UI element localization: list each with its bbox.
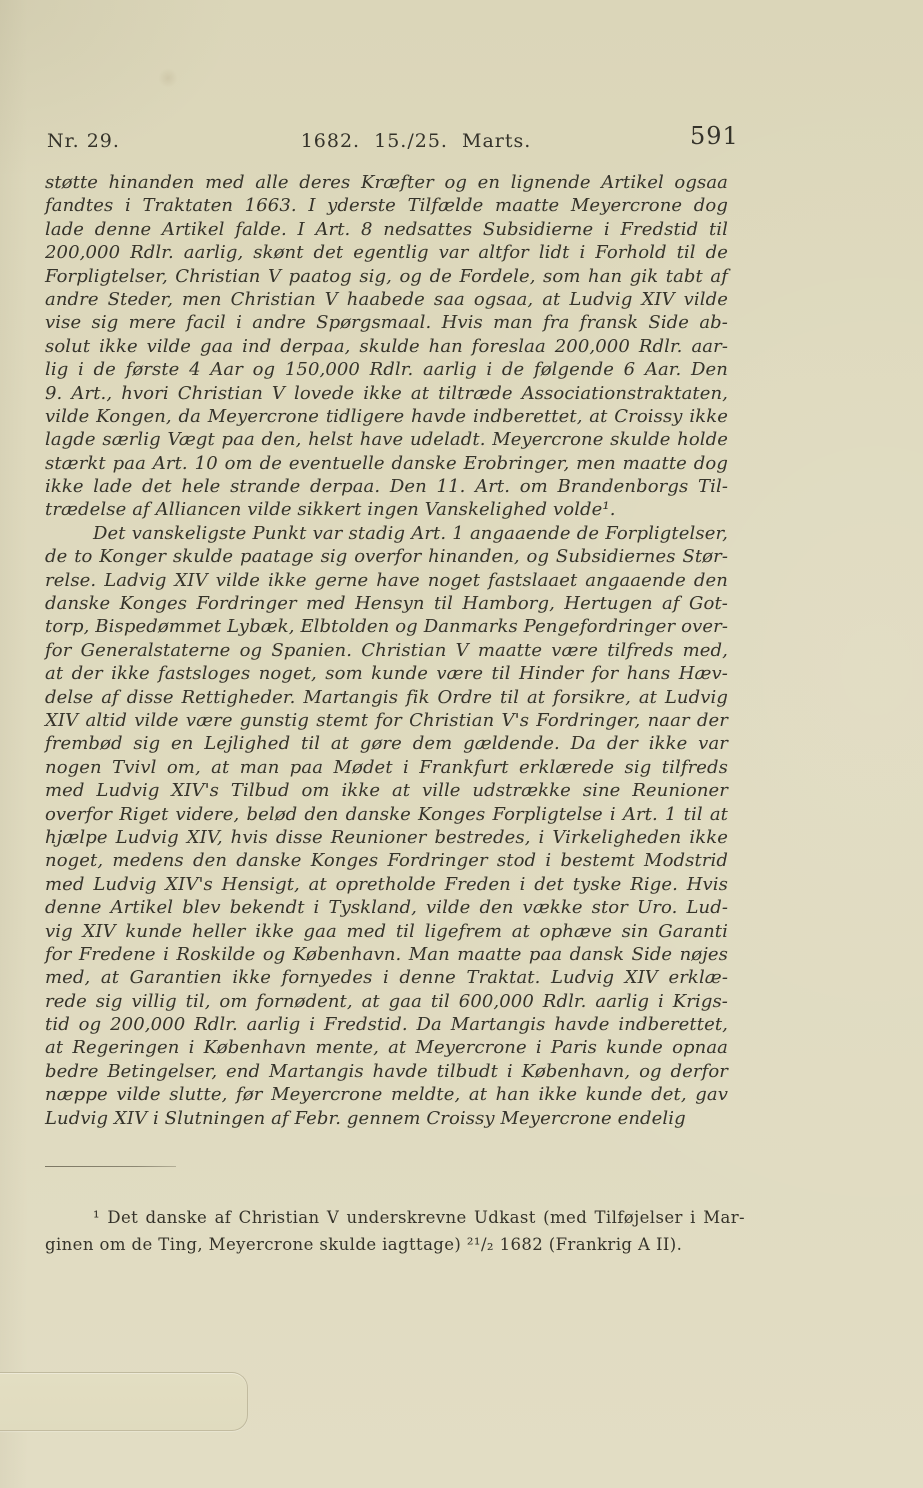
- footnote-line: ¹ Det danske af Christian V underskrevne…: [45, 1205, 745, 1232]
- text-line: andre Steder, men Christian V haabede sa…: [45, 288, 728, 311]
- text-line: at Regeringen i København mente, at Meye…: [45, 1036, 728, 1059]
- text-line: relse. Ladvig XIV vilde ikke gerne have …: [45, 569, 728, 592]
- text-line: at der ikke fastsloges noget, som kunde …: [45, 662, 728, 685]
- text-line: 200,000 Rdlr. aarlig, skønt det egentlig…: [45, 241, 728, 264]
- text-line: 9. Art., hvori Christian V lovede ikke a…: [45, 382, 728, 405]
- text-line: rede sig villig til, om fornødent, at ga…: [45, 990, 728, 1013]
- page-number: 591: [690, 122, 732, 150]
- text-line: de to Konger skulde paatage sig overfor …: [45, 545, 728, 568]
- footnote: ¹ Det danske af Christian V underskrevne…: [45, 1205, 745, 1258]
- text-line: frembød sig en Lejlighed til at gøre dem…: [45, 732, 728, 755]
- footnote-line: ginen om de Ting, Meyercrone skulde iagt…: [45, 1232, 745, 1259]
- text-line: bedre Betingelser, end Martangis havde t…: [45, 1060, 728, 1083]
- text-line: næppe vilde slutte, før Meyercrone meldt…: [45, 1083, 728, 1106]
- text-line: for Generalstaterne og Spanien. Christia…: [45, 639, 728, 662]
- text-line: torp, Bispedømmet Lybæk, Elbtolden og Da…: [45, 615, 728, 638]
- text-line: tid og 200,000 Rdlr. aarlig i Fredstid. …: [45, 1013, 728, 1036]
- text-line: med, at Garantien ikke fornyedes i denne…: [45, 966, 728, 989]
- text-line: vise sig mere facil i andre Spørgsmaal. …: [45, 311, 728, 334]
- text-line: vig XIV kunde heller ikke gaa med til li…: [45, 920, 728, 943]
- text-line: Forpligtelser, Christian V paatog sig, o…: [45, 265, 728, 288]
- text-line: lade denne Artikel falde. I Art. 8 nedsa…: [45, 218, 728, 241]
- text-line: danske Konges Fordringer med Hensyn til …: [45, 592, 728, 615]
- text-line: hjælpe Ludvig XIV, hvis disse Reunioner …: [45, 826, 728, 849]
- text-line: noget, medens den danske Konges Fordring…: [45, 849, 728, 872]
- text-line: trædelse af Alliancen vilde sikkert inge…: [45, 498, 728, 521]
- embossed-stamp: [0, 1372, 248, 1431]
- book-page: Nr. 29. 1682. 15./25. Marts. 591 støtte …: [0, 0, 923, 1488]
- text-line: for Fredene i Roskilde og København. Man…: [45, 943, 728, 966]
- page-header-date: 1682. 15./25. Marts.: [301, 130, 532, 152]
- text-line: delse af disse Rettigheder. Martangis fi…: [45, 686, 728, 709]
- text-line: fandtes i Traktaten 1663. I yderste Tilf…: [45, 194, 728, 217]
- text-line: solut ikke vilde gaa ind derpaa, skulde …: [45, 335, 728, 358]
- text-line: Det vanskeligste Punkt var stadig Art. 1…: [45, 522, 728, 545]
- text-line: støtte hinanden med alle deres Kræfter o…: [45, 171, 728, 194]
- text-line: nogen Tvivl om, at man paa Mødet i Frank…: [45, 756, 728, 779]
- text-line: XIV altid vilde være gunstig stemt for C…: [45, 709, 728, 732]
- text-line: denne Artikel blev bekendt i Tyskland, v…: [45, 896, 728, 919]
- text-line: med Ludvig XIV's Tilbud om ikke at ville…: [45, 779, 728, 802]
- document-number: Nr. 29.: [47, 130, 120, 152]
- text-line: overfor Riget videre, belød den danske K…: [45, 803, 728, 826]
- body-text: støtte hinanden med alle deres Kræfter o…: [45, 171, 728, 1130]
- text-line: ikke lade det hele strande derpaa. Den 1…: [45, 475, 728, 498]
- footnote-divider: [45, 1166, 176, 1167]
- text-line: lig i de første 4 Aar og 150,000 Rdlr. a…: [45, 358, 728, 381]
- text-line: lagde særlig Vægt paa den, helst have ud…: [45, 428, 728, 451]
- text-line: vilde Kongen, da Meyercrone tidligere ha…: [45, 405, 728, 428]
- text-line: Ludvig XIV i Slutningen af Febr. gennem …: [45, 1107, 728, 1130]
- text-line: stærkt paa Art. 10 om de eventuelle dans…: [45, 452, 728, 475]
- text-line: med Ludvig XIV's Hensigt, at opretholde …: [45, 873, 728, 896]
